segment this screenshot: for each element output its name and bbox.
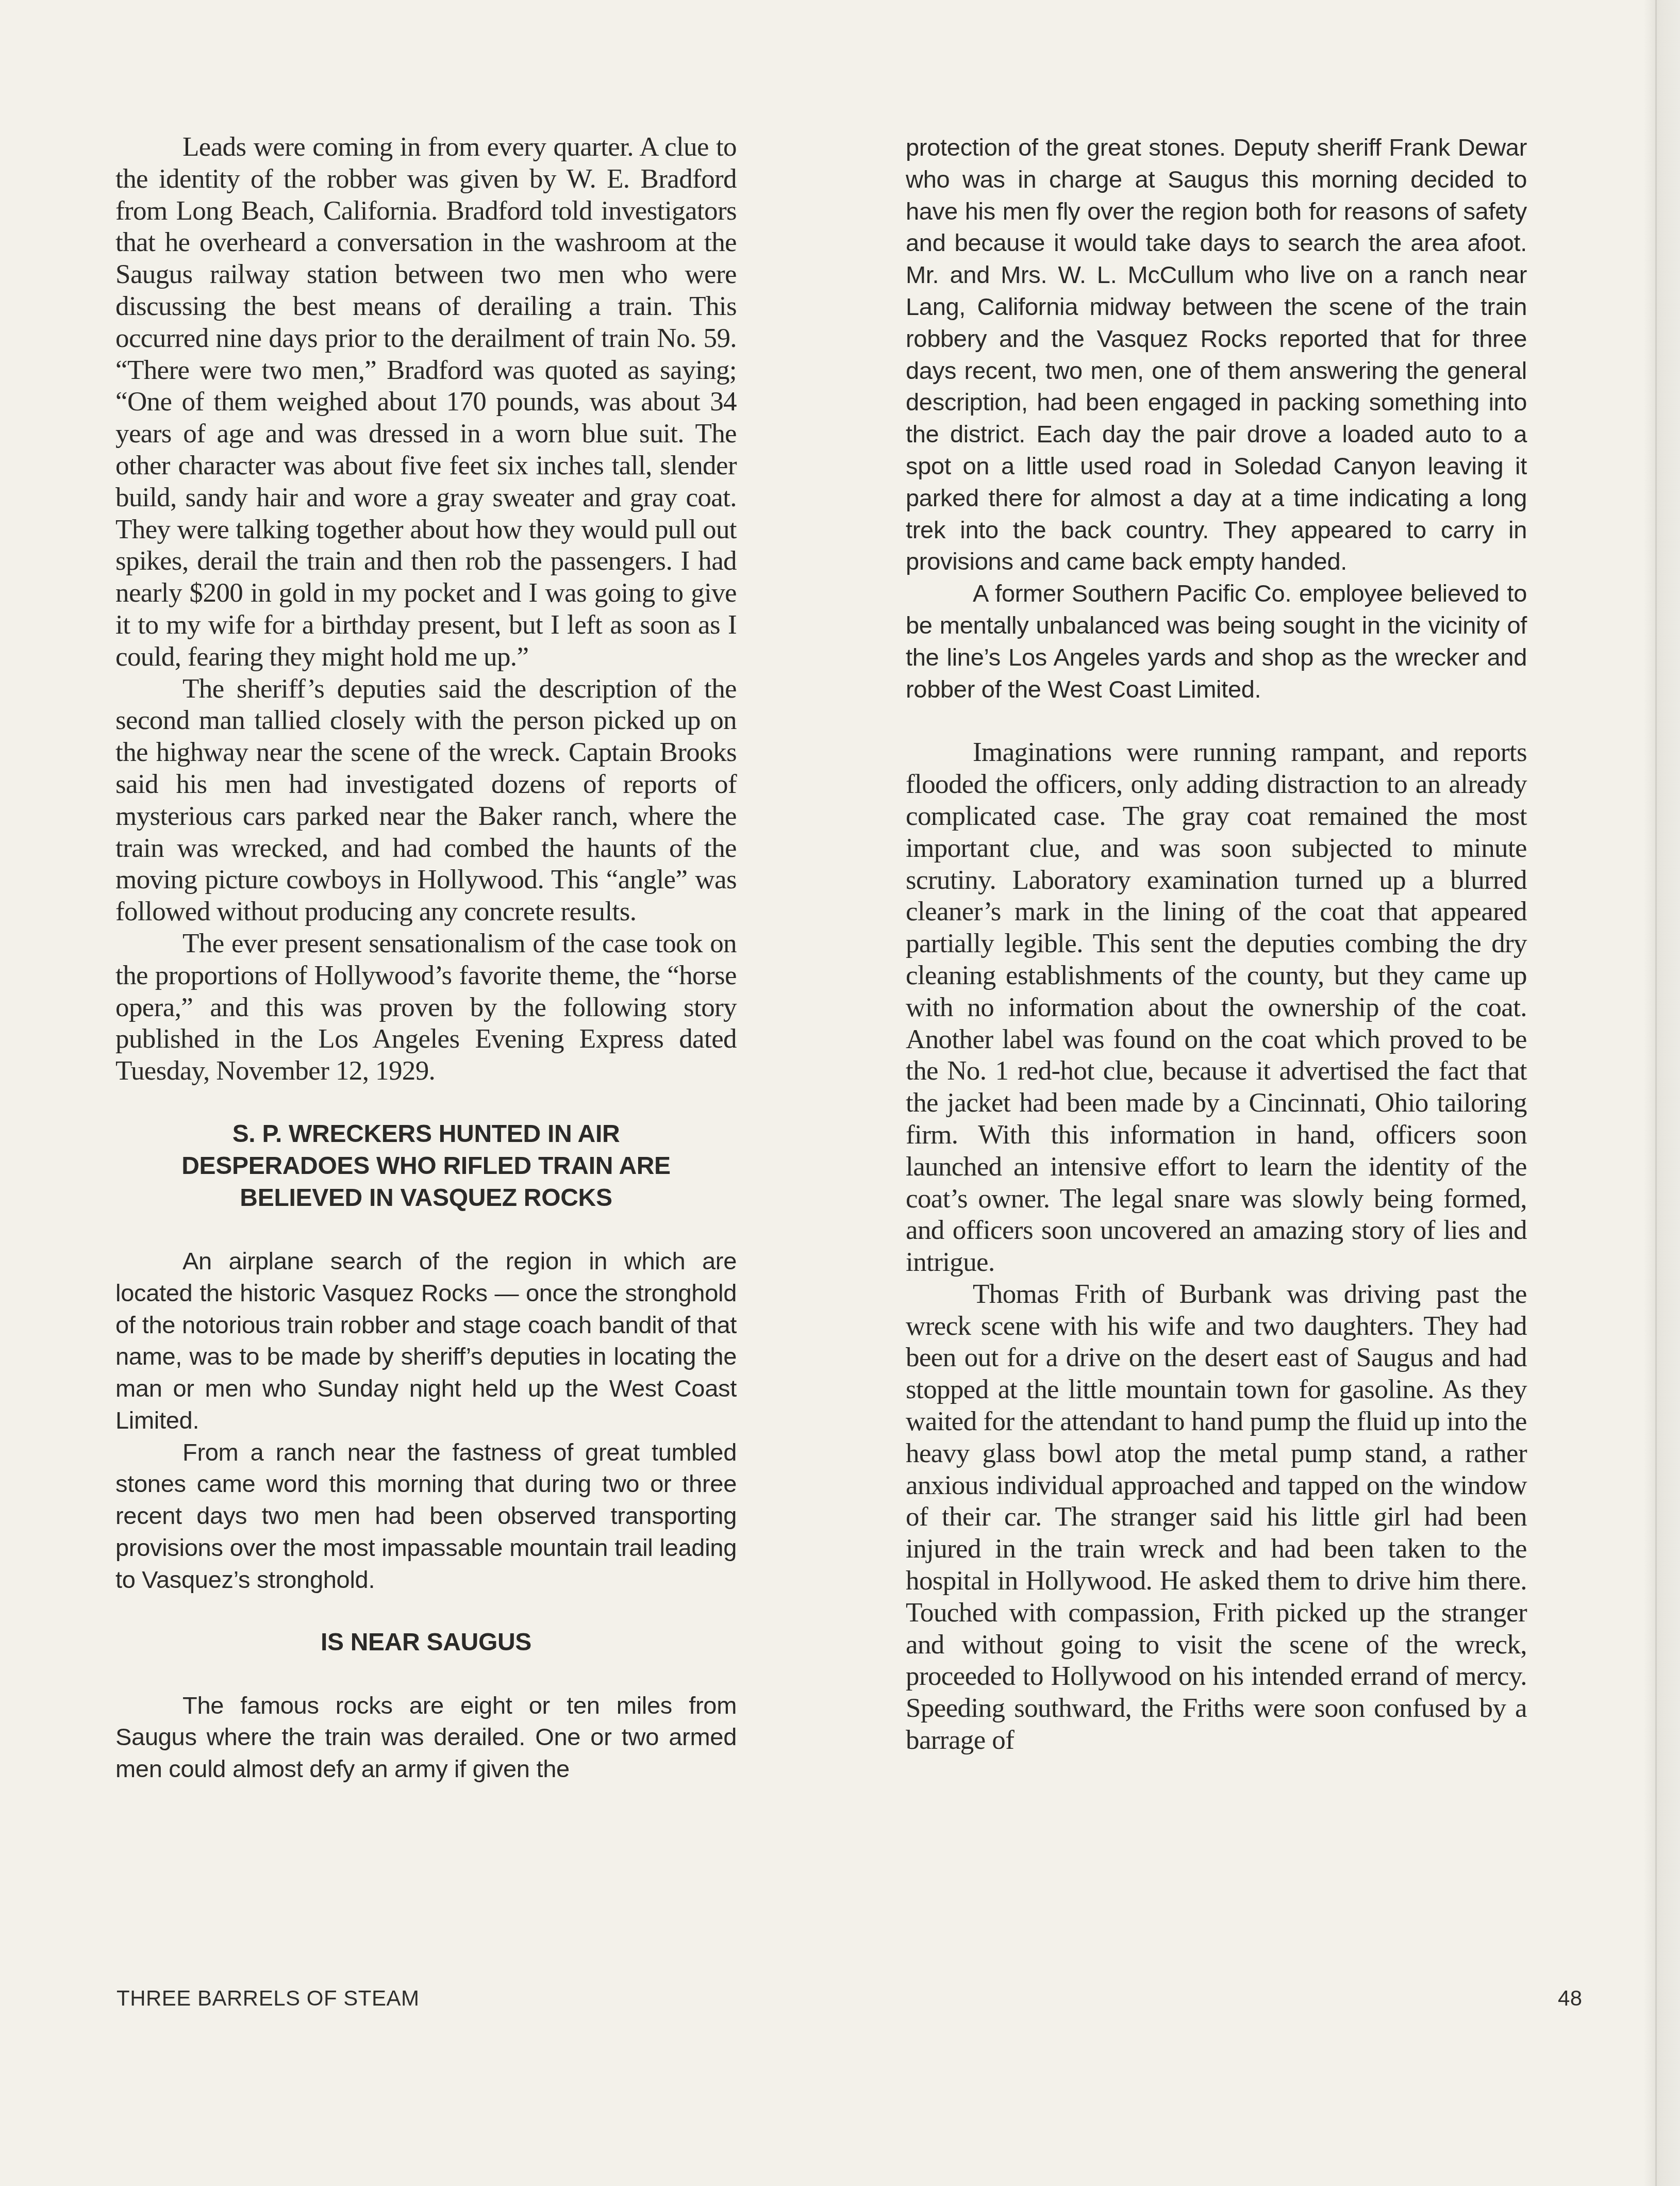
- news-paragraph: The famous rocks are eight or ten miles …: [115, 1690, 737, 1785]
- news-headline-line: DESPERADOES WHO RIFLED TRAIN ARE: [115, 1150, 737, 1182]
- running-footer-title: THREE BARRELS OF STEAM: [117, 1986, 419, 2011]
- left-column: Leads were coming in from every quarter.…: [115, 131, 737, 1785]
- news-paragraph: From a ranch near the fastness of great …: [115, 1436, 737, 1596]
- body-paragraph: The sheriff’s deputies said the descript…: [115, 673, 737, 928]
- news-paragraph: An airplane search of the region in whic…: [115, 1245, 737, 1436]
- news-headline-line: BELIEVED IN VASQUEZ ROCKS: [115, 1182, 737, 1214]
- news-subheading: IS NEAR SAUGUS: [115, 1627, 737, 1659]
- body-paragraph: Imaginations were running rampant, and r…: [906, 737, 1527, 1279]
- body-paragraph: Leads were coming in from every quarter.…: [115, 131, 737, 673]
- body-paragraph: The ever present sensationalism of the c…: [115, 928, 737, 1087]
- right-column: protection of the great stones. Deputy s…: [906, 131, 1527, 1757]
- page-edge: [1655, 0, 1657, 2186]
- page-gutter-shadow: [1644, 0, 1680, 2186]
- page-number: 48: [1558, 1986, 1583, 2011]
- body-paragraph: Thomas Frith of Burbank was driving past…: [906, 1279, 1527, 1757]
- news-paragraph: protection of the great stones. Deputy s…: [906, 131, 1527, 577]
- news-headline-line: S. P. WRECKERS HUNTED IN AIR: [115, 1118, 737, 1150]
- news-paragraph: A former Southern Pacific Co. employee b…: [906, 577, 1527, 705]
